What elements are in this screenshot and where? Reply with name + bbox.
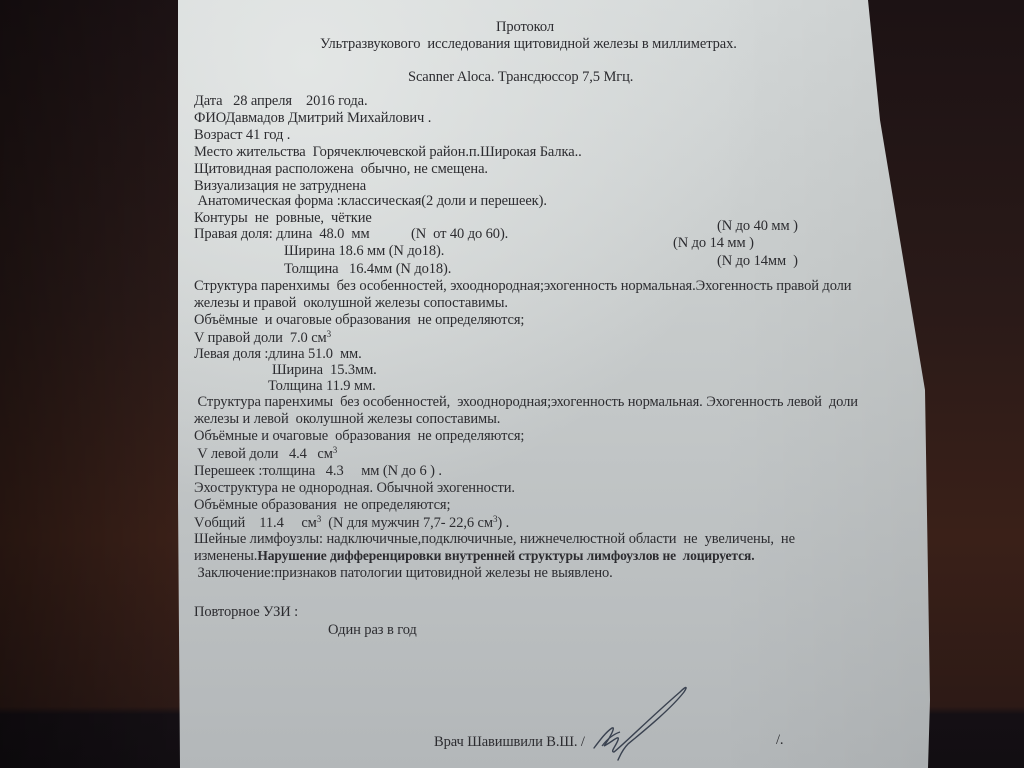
left-lobe-volume-value: V левой доли 4.4 см: [194, 446, 333, 462]
right-lobe-formations: Объёмные и очаговые образования не опред…: [194, 313, 524, 328]
equipment-info: Scanner Aloca. Трансдюссор 7,5 Мгц.: [408, 70, 633, 85]
isthmus-formations: Объёмные образования не определяются;: [194, 498, 450, 513]
lymph-nodes-line-1: Шейные лимфоузлы: надключичные,подключич…: [194, 532, 795, 547]
handwritten-signature-icon: [590, 682, 700, 762]
right-lobe-length: Правая доля: длина 48.0 мм: [194, 227, 370, 242]
document-subtitle: Ультразвукового исследования щитовидной …: [320, 37, 737, 52]
anatomical-form: Анатомическая форма :классическая(2 доли…: [194, 194, 547, 209]
right-lobe-length-norm: (N от 40 до 60).: [411, 227, 508, 242]
cubic-superscript: 3: [333, 445, 337, 455]
total-volume-norm: (N для мужчин 7,7- 22,6 см: [321, 515, 493, 531]
patient-age: Возраст 41 год .: [194, 128, 290, 143]
left-lobe-structure-2: железы и левой околушной железы сопостав…: [194, 412, 500, 427]
followup-value: Один раз в год: [328, 623, 417, 638]
followup-label: Повторное УЗИ :: [194, 605, 298, 620]
document-title: Протокол: [496, 20, 554, 35]
contours: Контуры не ровные, чёткие: [194, 211, 372, 226]
lymph-nodes-bold: Нарушение дифференцировки внутренней стр…: [257, 548, 754, 563]
right-lobe-volume: V правой доли 7.0 см3: [194, 330, 331, 346]
cubic-superscript: 3: [327, 329, 331, 339]
right-lobe-thickness-norm-alt: (N до 14мм ): [717, 254, 798, 269]
left-lobe-volume: V левой доли 4.4 см3: [194, 446, 337, 462]
isthmus-echostructure: Эхоструктура не однородная. Обычной эхог…: [194, 481, 515, 496]
isthmus-thickness: Перешеек :толщина 4.3 мм (N до 6 ) .: [194, 464, 442, 479]
right-lobe-length-norm-alt: (N до 40 мм ): [717, 219, 798, 234]
conclusion: Заключение:признаков патологии щитовидно…: [194, 566, 613, 581]
patient-name: ФИОДавмадов Дмитрий Михайлович .: [194, 111, 431, 126]
visualization: Визуализация не затруднена: [194, 179, 366, 194]
left-lobe-structure-1: Структура паренхимы без особенностей, эх…: [194, 395, 858, 410]
right-lobe-structure-2: железы и правой околушной железы сопоста…: [194, 296, 508, 311]
total-volume-norm-end: ) .: [497, 515, 509, 531]
left-lobe-length: Левая доля :длина 51.0 мм.: [194, 347, 362, 362]
total-volume: Vобщий 11.4 см3 (N для мужчин 7,7- 22,6 …: [194, 515, 509, 531]
thyroid-location: Щитовидная расположена обычно, не смещен…: [194, 162, 488, 177]
left-lobe-width: Ширина 15.3мм.: [272, 363, 377, 378]
patient-residence: Место жительства Горячеключевской район.…: [194, 145, 582, 160]
total-volume-value: Vобщий 11.4 см: [194, 515, 317, 531]
doctor-signature-line: Врач Шавишвили В.Ш. /: [434, 735, 585, 750]
lymph-nodes-line-2: изменены.Нарушение дифференцировки внутр…: [194, 549, 755, 564]
right-lobe-thickness: Толщина 16.4мм (N до18).: [284, 262, 451, 277]
exam-date: Дата 28 апреля 2016 года.: [194, 94, 367, 109]
right-lobe-structure-1: Структура паренхимы без особенностей, эх…: [194, 279, 851, 294]
left-lobe-thickness: Толщина 11.9 мм.: [268, 379, 376, 394]
lymph-nodes-regular: изменены.: [194, 548, 257, 564]
background-shadow: [0, 0, 180, 768]
signature-end: /.: [776, 733, 783, 748]
right-lobe-volume-value: V правой доли 7.0 см: [194, 330, 327, 346]
right-lobe-width-norm-alt: (N до 14 мм ): [673, 236, 754, 251]
right-lobe-width: Ширина 18.6 мм (N до18).: [284, 244, 444, 259]
left-lobe-formations: Объёмные и очаговые образования не опред…: [194, 429, 524, 444]
